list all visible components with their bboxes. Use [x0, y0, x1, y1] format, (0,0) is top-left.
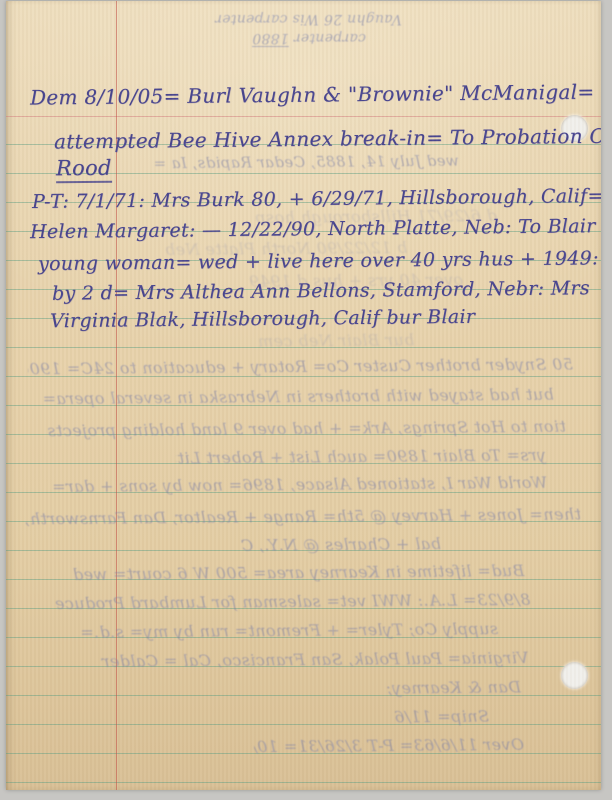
bleedthrough-line: Over 11/6/63= P-T 3/26/31= 10/13/49: [254, 735, 524, 756]
bleedthrough-line: wed July 14, 1885, Cedar Rapids, Ia =: [146, 152, 466, 173]
handwriting-line: Virginia Blak, Hillsborough, Calif bur B…: [50, 306, 475, 332]
reversed-note-text: carpenter: [289, 30, 366, 46]
bleedthrough-line: Dan & Kearney;: [386, 677, 521, 697]
reversed-note-line: carpenter 1880: [252, 30, 366, 46]
bleedthrough-line: bal + Charles @ N.Y., Calif: [241, 534, 441, 555]
hole-punch-bottom: [561, 662, 588, 689]
bleedthrough-line: yrs= To Blair 1890= auch List + Robert L…: [176, 445, 546, 467]
scanned-notebook-page: Vaughn 26 Wis carpenter carpenter 1880 w…: [6, 1, 601, 790]
reversed-note-line: Vaughn 26 Wis carpenter: [215, 11, 402, 27]
reversed-note-year: 1880: [252, 30, 289, 46]
bleedthrough-line: Snip= 11/63: [394, 707, 489, 727]
bleedthrough-line: bur Blair Neb cem: [186, 330, 486, 352]
handwriting-line: Rood: [56, 156, 112, 184]
